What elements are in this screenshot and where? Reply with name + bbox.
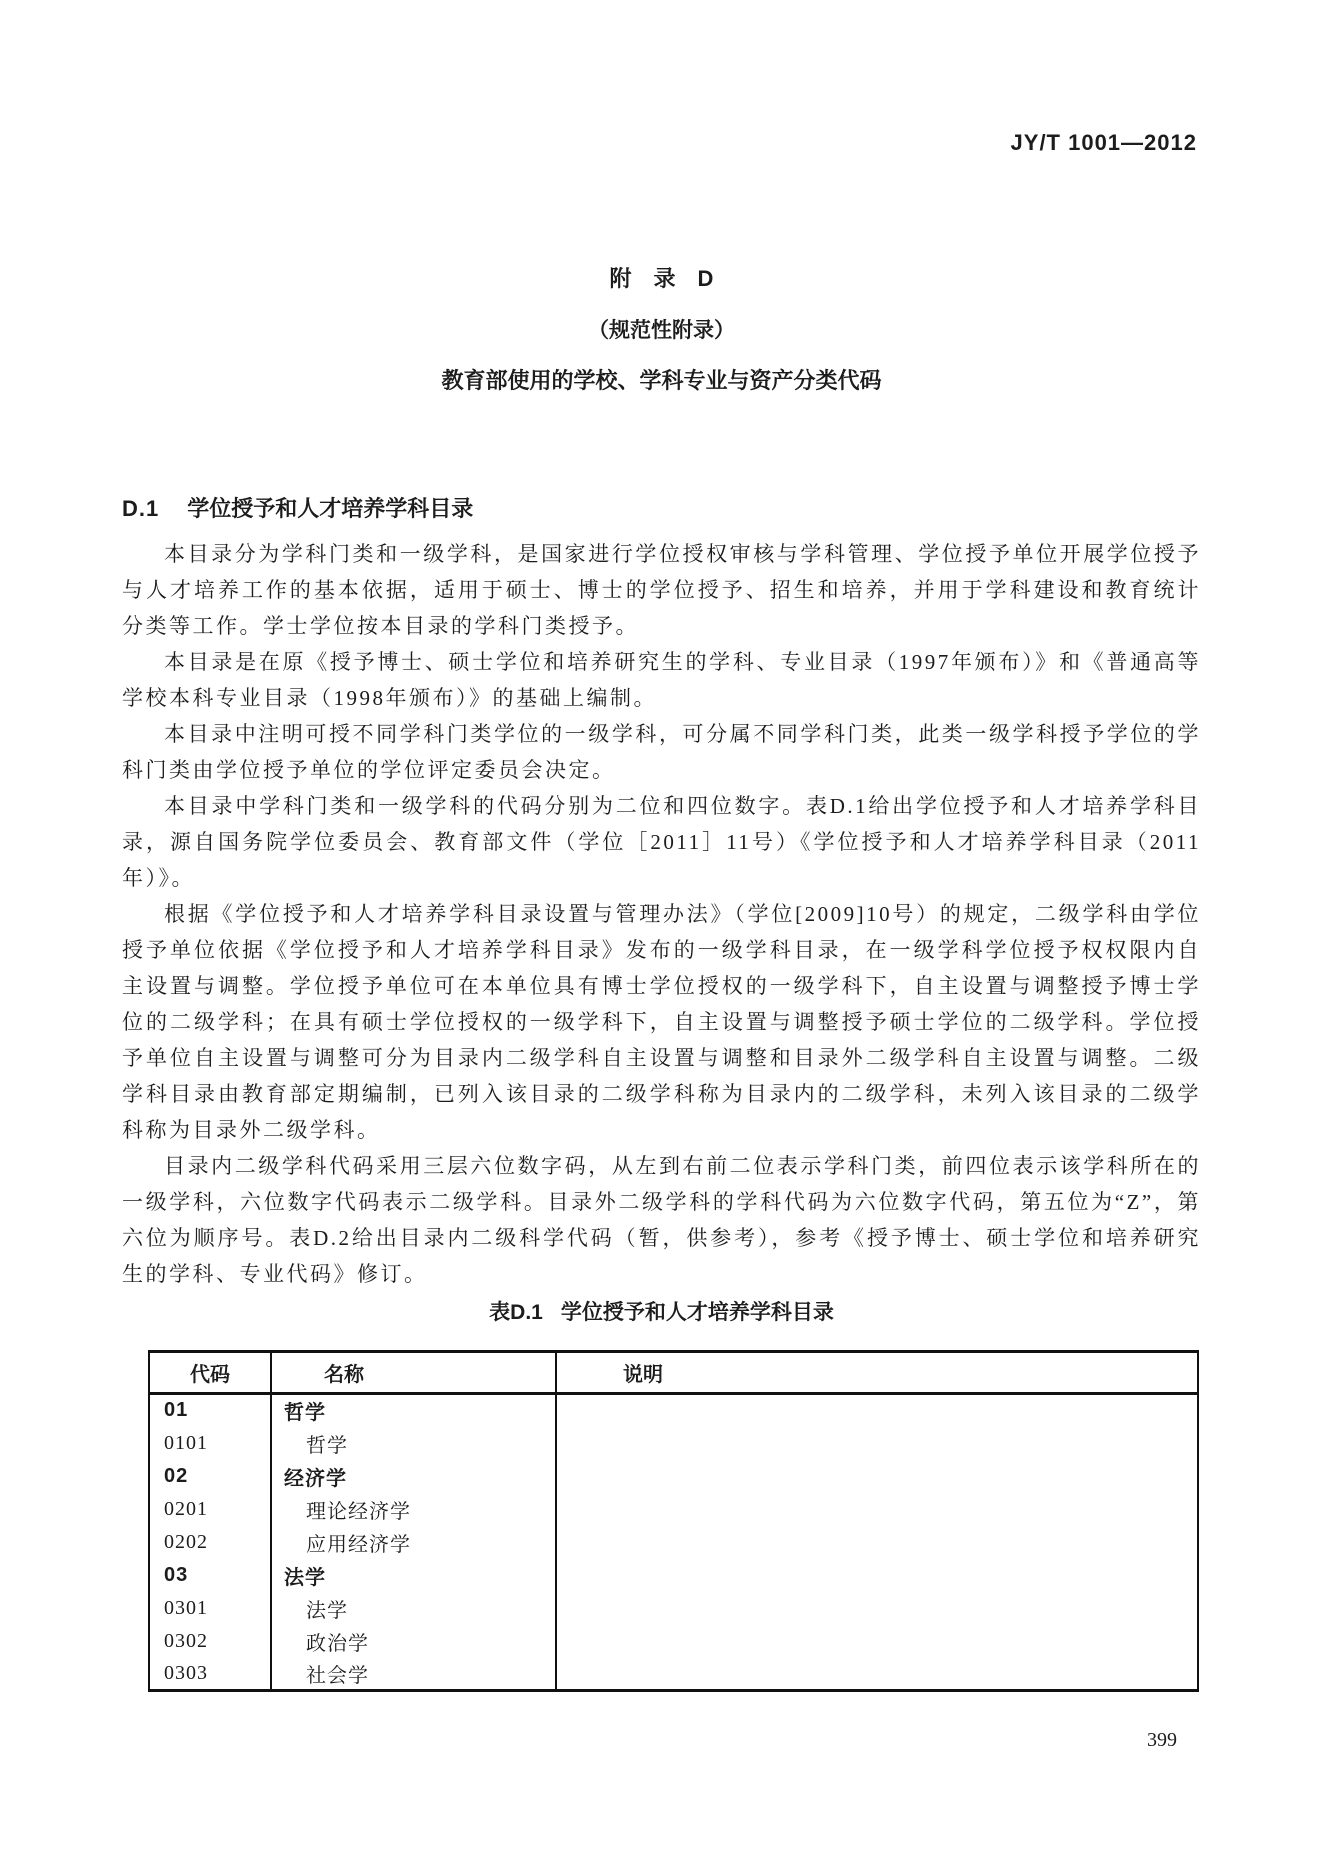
appendix-heading: 教育部使用的学校、学科专业与资产分类代码: [0, 366, 1323, 396]
name-cell: 理论经济学: [271, 1493, 556, 1526]
header-name: 名称: [271, 1352, 556, 1394]
table-row: 02经济学: [149, 1460, 1198, 1493]
table-row: 0101哲学: [149, 1427, 1198, 1460]
table-row: 01哲学: [149, 1394, 1198, 1427]
paragraph: 目录内二级学科代码采用三层六位数字码，从左到右前二位表示学科门类，前四位表示该学…: [122, 1148, 1201, 1292]
paragraph: 根据《学位授予和人才培养学科目录设置与管理办法》（学位[2009]10号）的规定…: [122, 896, 1201, 1148]
table-body: 01哲学0101哲学02经济学0201理论经济学0202应用经济学03法学030…: [149, 1394, 1198, 1691]
appendix-title: 附 录 D: [0, 264, 1323, 294]
paragraph: 本目录分为学科门类和一级学科，是国家进行学位授权审核与学科管理、学位授予单位开展…: [122, 536, 1201, 644]
section-body: 本目录分为学科门类和一级学科，是国家进行学位授权审核与学科管理、学位授予单位开展…: [122, 536, 1201, 1292]
table-row: 0301法学: [149, 1592, 1198, 1625]
table-row: 0302政治学: [149, 1625, 1198, 1658]
table-header-row: 代码 名称 说明: [149, 1352, 1198, 1394]
table-label: 表D.1: [489, 1301, 543, 1324]
table-row: 03法学: [149, 1559, 1198, 1592]
paragraph: 本目录中学科门类和一级学科的代码分别为二位和四位数字。表D.1给出学位授予和人才…: [122, 788, 1201, 896]
table-row: 0202应用经济学: [149, 1526, 1198, 1559]
note-cell: [556, 1658, 1198, 1691]
header-note: 说明: [556, 1352, 1198, 1394]
name-cell: 政治学: [271, 1625, 556, 1658]
paragraph: 本目录是在原《授予博士、硕士学位和培养研究生的学科、专业目录（1997年颁布）》…: [122, 644, 1201, 716]
name-cell: 哲学: [271, 1427, 556, 1460]
code-cell: 0101: [149, 1427, 271, 1460]
table-row: 0303社会学: [149, 1658, 1198, 1691]
code-cell: 02: [149, 1460, 271, 1493]
code-cell: 0302: [149, 1625, 271, 1658]
code-cell: 0301: [149, 1592, 271, 1625]
note-cell: [556, 1526, 1198, 1559]
code-cell: 03: [149, 1559, 271, 1592]
name-cell: 应用经济学: [271, 1526, 556, 1559]
note-cell: [556, 1460, 1198, 1493]
table-title: 表D.1学位授予和人才培养学科目录: [0, 1298, 1323, 1328]
standard-number: JY/T 1001—2012: [0, 128, 1323, 158]
document-page: JY/T 1001—2012 附 录 D （规范性附录） 教育部使用的学校、学科…: [0, 0, 1323, 1871]
code-cell: 0303: [149, 1658, 271, 1691]
code-cell: 0202: [149, 1526, 271, 1559]
note-cell: [556, 1625, 1198, 1658]
note-cell: [556, 1592, 1198, 1625]
note-cell: [556, 1394, 1198, 1427]
note-cell: [556, 1559, 1198, 1592]
note-cell: [556, 1493, 1198, 1526]
name-cell: 社会学: [271, 1658, 556, 1691]
code-cell: 0201: [149, 1493, 271, 1526]
name-cell: 经济学: [271, 1460, 556, 1493]
appendix-subtitle: （规范性附录）: [0, 316, 1323, 346]
discipline-code-table: 代码 名称 说明 01哲学0101哲学02经济学0201理论经济学0202应用经…: [148, 1350, 1199, 1692]
name-cell: 哲学: [271, 1394, 556, 1427]
table-row: 0201理论经济学: [149, 1493, 1198, 1526]
name-cell: 法学: [271, 1559, 556, 1592]
page-number: 399: [0, 1726, 1323, 1754]
header-code: 代码: [149, 1352, 271, 1394]
section-heading: D.1学位授予和人才培养学科目录: [0, 494, 1323, 524]
name-cell: 法学: [271, 1592, 556, 1625]
note-cell: [556, 1427, 1198, 1460]
table-title-text: 学位授予和人才培养学科目录: [561, 1301, 834, 1324]
section-title: 学位授予和人才培养学科目录: [187, 496, 473, 521]
code-cell: 01: [149, 1394, 271, 1427]
section-number: D.1: [122, 496, 159, 521]
paragraph: 本目录中注明可授不同学科门类学位的一级学科，可分属不同学科门类，此类一级学科授予…: [122, 716, 1201, 788]
